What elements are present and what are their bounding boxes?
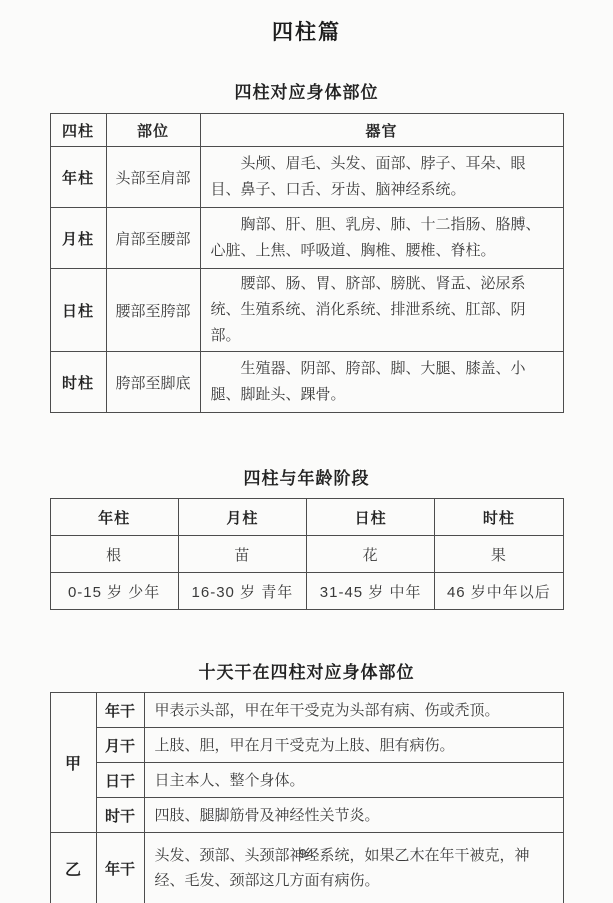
- column-header-hour-pillar: 时柱: [435, 499, 563, 536]
- part-cell: 腰部至胯部: [106, 269, 200, 352]
- table-header-row: 四柱 部位 器官: [50, 114, 563, 147]
- page-number: 94: [0, 846, 613, 861]
- stage-row: 根 苗 花 果: [50, 536, 563, 573]
- section-heading-heavenly-stems: 十天干在四柱对应身体部位: [0, 662, 613, 684]
- table-row: 乙 年干 头发、颈部、头颈部神经系统，如果乙木在年干被克，神经、毛发、颈部这几方…: [50, 833, 563, 903]
- description-cell: 甲表示头部，甲在年干受克为头部有病、伤或秃顶。: [144, 693, 563, 728]
- stem-cell-yi: 乙: [50, 833, 96, 903]
- organs-cell: 生殖器、阴部、胯部、脚、大腿、膝盖、小腿、脚趾头、踝骨。: [200, 352, 563, 413]
- section-heading-body-parts: 四柱对应身体部位: [0, 82, 613, 104]
- position-cell: 日干: [96, 763, 144, 798]
- column-header-part: 部位: [106, 114, 200, 147]
- age-stages-table: 年柱 月柱 日柱 时柱 根 苗 花 果 0-15 岁 少年 16-30 岁 青年…: [50, 498, 564, 610]
- part-cell: 头部至肩部: [106, 147, 200, 208]
- pillar-cell: 日柱: [50, 269, 106, 352]
- table-row: 时干 四肢、腿脚筋骨及神经性关节炎。: [50, 798, 563, 833]
- position-cell: 时干: [96, 798, 144, 833]
- position-cell: 年干: [96, 833, 144, 903]
- table-row: 日干 日主本人、整个身体。: [50, 763, 563, 798]
- part-cell: 胯部至脚底: [106, 352, 200, 413]
- age-row: 0-15 岁 少年 16-30 岁 青年 31-45 岁 中年 46 岁中年以后: [50, 573, 563, 610]
- organs-cell: 胸部、肝、胆、乳房、肺、十二指肠、胳膊、心脏、上焦、呼吸道、胸椎、腰椎、脊柱。: [200, 208, 563, 269]
- organs-cell: 头颅、眉毛、头发、面部、脖子、耳朵、眼目、鼻子、口舌、牙齿、脑神经系统。: [200, 147, 563, 208]
- heavenly-stems-table: 甲 年干 甲表示头部，甲在年干受克为头部有病、伤或秃顶。 月干 上肢、胆，甲在月…: [50, 692, 564, 903]
- description-cell: 头发、颈部、头颈部神经系统，如果乙木在年干被克，神经、毛发、颈部这几方面有病伤。: [144, 833, 563, 903]
- pillar-cell: 时柱: [50, 352, 106, 413]
- table-row: 月柱 肩部至腰部 胸部、肝、胆、乳房、肺、十二指肠、胳膊、心脏、上焦、呼吸道、胸…: [50, 208, 563, 269]
- description-cell: 上肢、胆，甲在月干受克为上肢、胆有病伤。: [144, 728, 563, 763]
- table-row: 甲 年干 甲表示头部，甲在年干受克为头部有病、伤或秃顶。: [50, 693, 563, 728]
- description-cell: 四肢、腿脚筋骨及神经性关节炎。: [144, 798, 563, 833]
- age-cell: 0-15 岁 少年: [50, 573, 178, 610]
- document-page: 四柱篇 四柱对应身体部位 四柱 部位 器官 年柱 头部至肩部 头颅、眉毛、头发、…: [0, 0, 613, 903]
- column-header-month-pillar: 月柱: [178, 499, 306, 536]
- stage-cell: 苗: [178, 536, 306, 573]
- stage-cell: 根: [50, 536, 178, 573]
- pillar-cell: 年柱: [50, 147, 106, 208]
- table-row: 年柱 头部至肩部 头颅、眉毛、头发、面部、脖子、耳朵、眼目、鼻子、口舌、牙齿、脑…: [50, 147, 563, 208]
- column-header-organ: 器官: [200, 114, 563, 147]
- part-cell: 肩部至腰部: [106, 208, 200, 269]
- section-heading-age-stages: 四柱与年龄阶段: [0, 468, 613, 490]
- page-title: 四柱篇: [0, 0, 613, 46]
- age-cell: 46 岁中年以后: [435, 573, 563, 610]
- table-header-row: 年柱 月柱 日柱 时柱: [50, 499, 563, 536]
- table-row: 日柱 腰部至胯部 腰部、肠、胃、脐部、膀胱、肾盂、泌尿系统、生殖系统、消化系统、…: [50, 269, 563, 352]
- column-header-day-pillar: 日柱: [307, 499, 435, 536]
- organs-cell: 腰部、肠、胃、脐部、膀胱、肾盂、泌尿系统、生殖系统、消化系统、排泄系统、肛部、阴…: [200, 269, 563, 352]
- column-header-pillar: 四柱: [50, 114, 106, 147]
- age-cell: 16-30 岁 青年: [178, 573, 306, 610]
- stem-cell-jia: 甲: [50, 693, 96, 833]
- description-cell: 日主本人、整个身体。: [144, 763, 563, 798]
- stage-cell: 花: [307, 536, 435, 573]
- position-cell: 月干: [96, 728, 144, 763]
- table-row: 时柱 胯部至脚底 生殖器、阴部、胯部、脚、大腿、膝盖、小腿、脚趾头、踝骨。: [50, 352, 563, 413]
- pillar-cell: 月柱: [50, 208, 106, 269]
- column-header-year-pillar: 年柱: [50, 499, 178, 536]
- body-parts-table: 四柱 部位 器官 年柱 头部至肩部 头颅、眉毛、头发、面部、脖子、耳朵、眼目、鼻…: [50, 113, 564, 413]
- table-row: 月干 上肢、胆，甲在月干受克为上肢、胆有病伤。: [50, 728, 563, 763]
- age-cell: 31-45 岁 中年: [307, 573, 435, 610]
- stage-cell: 果: [435, 536, 563, 573]
- position-cell: 年干: [96, 693, 144, 728]
